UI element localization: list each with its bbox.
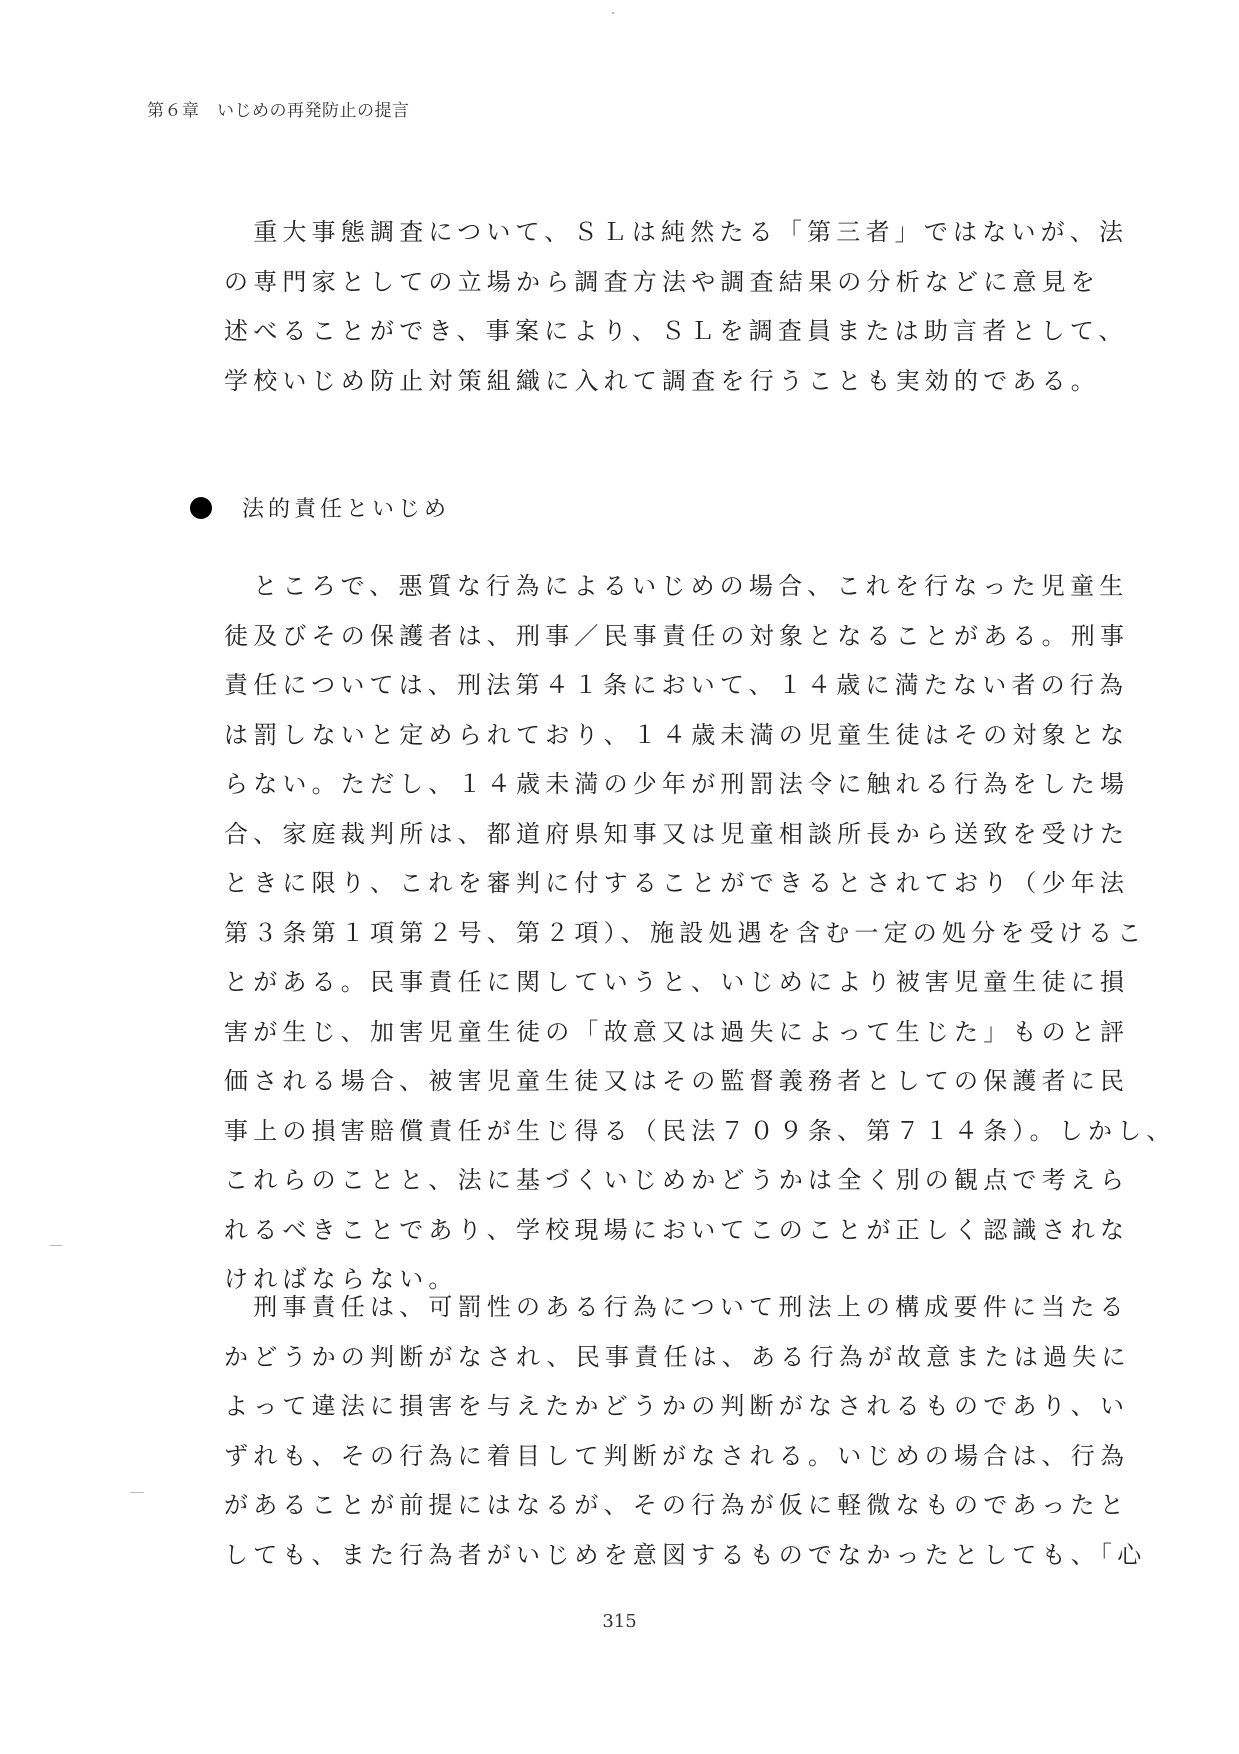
document-page: 第６章 いじめの再発防止の提言 重大事態調査について、ＳＬは純然たる「第三者」で… [0,0,1239,1754]
text-line: 重大事態調査について、ＳＬは純然たる「第三者」ではないが、法 [224,208,1054,258]
text-line: の専門家としての立場から調査方法や調査結果の分析などに意見を [224,258,1054,308]
text-line: ずれも、その行為に着目して判断がなされる。いじめの場合は、行為 [224,1432,1054,1482]
text-line: があることが前提にはなるが、その行為が仮に軽微なものであったと [224,1481,1054,1531]
text-line: 学校いじめ防止対策組織に入れて調査を行うことも実効的である。 [224,357,1054,407]
text-line: 合、家庭裁判所は、都道府県知事又は児童相談所長から送致を受けた [224,810,1054,860]
paragraph-legal-liability: ところで、悪質な行為によるいじめの場合、これを行なった児童生 徒及びその保護者は… [224,562,1054,1305]
text-line: 第３条第１項第２号、第２項）、施設処遇を含む一定の処分を受けるこ [224,909,1054,959]
text-line: これらのことと、法に基づくいじめかどうかは全く別の観点で考えら [224,1156,1054,1206]
text-line: 刑事責任は、可罰性のある行為について刑法上の構成要件に当たる [224,1283,1054,1333]
text-line: ところで、悪質な行為によるいじめの場合、これを行なった児童生 [224,562,1054,612]
running-header: 第６章 いじめの再発防止の提言 [147,96,410,121]
text-line: 害が生じ、加害児童生徒の「故意又は過失によって生じた」ものと評 [224,1008,1054,1058]
text-line: らない。ただし、１４歳未満の少年が刑罰法令に触れる行為をした場 [224,760,1054,810]
text-line: 責任については、刑法第４１条において、１４歳に満たない者の行為 [224,661,1054,711]
paragraph-criminal-civil-judgment: 刑事責任は、可罰性のある行為について刑法上の構成要件に当たる かどうかの判断がな… [224,1283,1054,1580]
text-line: 述べることができ、事案により、ＳＬを調査員または助言者として、 [224,307,1054,357]
text-line: かどうかの判断がなされ、民事責任は、ある行為が故意または過失に [224,1333,1054,1383]
text-line: よって違法に損害を与えたかどうかの判断がなされるものであり、い [224,1382,1054,1432]
bullet-icon [190,497,212,519]
text-line: しても、また行為者がいじめを意図するものでなかったとしても、「心 [224,1531,1054,1581]
scan-speck [50,1245,62,1246]
scan-speck [612,12,614,14]
text-line: 価される場合、被害児童生徒又はその監督義務者としての保護者に民 [224,1057,1054,1107]
text-line: 事上の損害賠償責任が生じ得る（民法７０９条、第７１４条）。しかし、 [224,1107,1054,1157]
text-line: は罰しないと定められており、１４歳未満の児童生徒はその対象とな [224,711,1054,761]
paragraph-sl-investigation: 重大事態調査について、ＳＬは純然たる「第三者」ではないが、法 の専門家としての立… [224,208,1054,406]
text-line: れるべきことであり、学校現場においてこのことが正しく認識されな [224,1206,1054,1256]
text-line: ときに限り、これを審判に付することができるとされており（少年法 [224,859,1054,909]
section-heading: 法的責任といじめ [190,492,450,523]
page-number: 315 [0,1611,1239,1632]
text-line: とがある。民事責任に関していうと、いじめにより被害児童生徒に損 [224,958,1054,1008]
scan-speck [130,1492,144,1493]
text-line: 徒及びその保護者は、刑事／民事責任の対象となることがある。刑事 [224,612,1054,662]
section-heading-text: 法的責任といじめ [242,492,450,523]
